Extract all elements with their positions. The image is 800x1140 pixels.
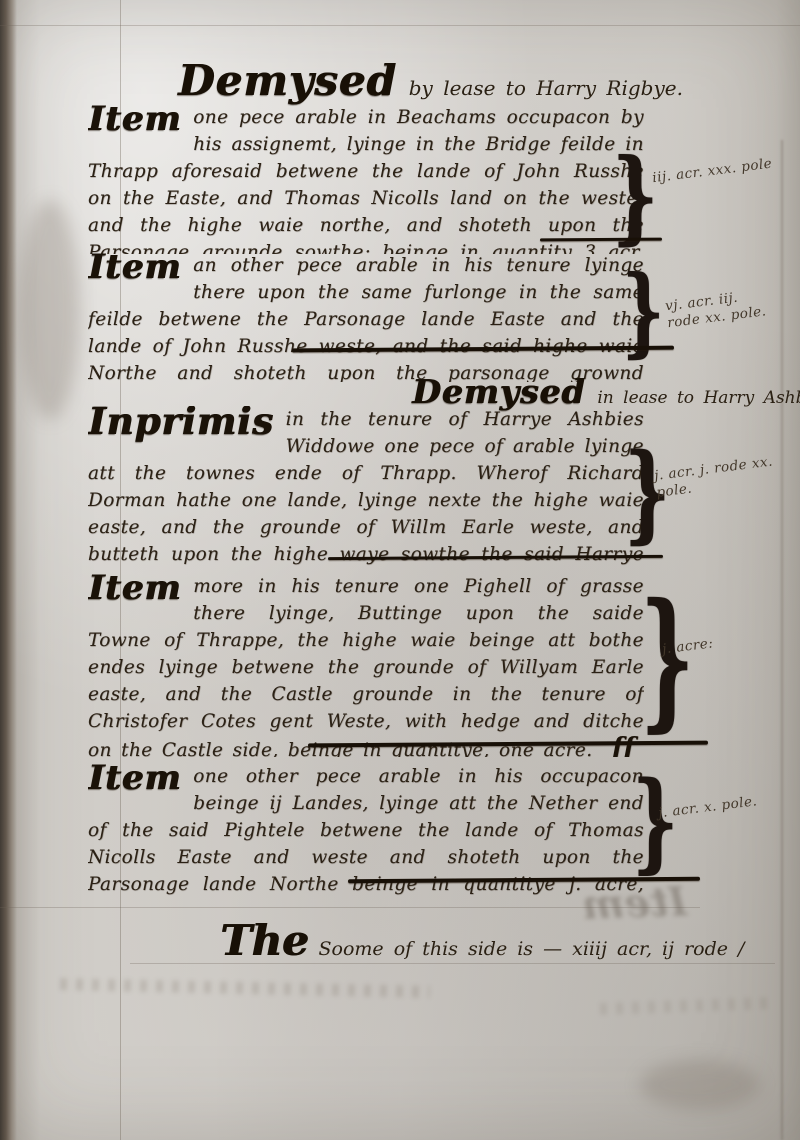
sum-lead-word: The: [220, 916, 309, 965]
acreage-margin-note-2: vj. acr. iij. rode xx. pole.: [664, 286, 772, 333]
curly-bracket-icon: }: [612, 146, 658, 247]
entry-lead-word: Item: [88, 252, 181, 282]
heading-detail: by lease to Harry Rigbye.: [409, 76, 683, 100]
acreage-margin-note-3: j. acr. j. rode xx. pole.: [653, 452, 786, 502]
book-gutter-shadow: [0, 0, 17, 1140]
curly-bracket-icon: }: [622, 262, 664, 359]
entry-inprimis: Inprimis in the tenure of Harrye Ashbies…: [88, 406, 644, 570]
page-sum-line: The Soome of this side is — xiiij acr, i…: [220, 916, 744, 965]
section-heading-demysed-rigbye: Demysed by lease to Harry Rigbye.: [178, 56, 683, 105]
bleedthrough-smudge: [60, 978, 430, 998]
curly-bracket-icon: }: [640, 584, 694, 734]
acreage-margin-note-1: iij. acr. xxx. pole: [651, 154, 787, 187]
entry-item-3: Item more in his tenure one Pighell of g…: [88, 573, 644, 757]
heading-detail: in lease to Harry Ashbye. /: [597, 388, 800, 408]
paragraph-end-flourish-icon: ſſ: [185, 896, 218, 897]
entry-lead-word: Item: [88, 763, 181, 793]
entry-lead-word: Inprimis: [88, 406, 274, 436]
entry-lead-word: Item: [88, 104, 181, 134]
paper-blotch: [20, 200, 80, 420]
entry-item-2: Item an other pece arable in his tenure …: [88, 252, 644, 382]
paper-blotch: [640, 1060, 760, 1110]
heading-word: Demysed: [178, 56, 397, 105]
entry-lead-word: Item: [88, 573, 181, 603]
page-edge-crease: [781, 140, 783, 1140]
top-frame-rule: [0, 25, 800, 26]
sum-text: Soome of this side is — xiiij acr, ij ro…: [319, 938, 745, 960]
bleedthrough-smudge: [600, 997, 770, 1015]
entry-item-1: Item one pece arable in Beachams occupac…: [88, 104, 644, 254]
curly-bracket-icon: }: [632, 768, 678, 876]
manuscript-page: Demysed by lease to Harry Rigbye. Item o…: [0, 0, 800, 1140]
mid-frame-rule: [0, 907, 700, 908]
